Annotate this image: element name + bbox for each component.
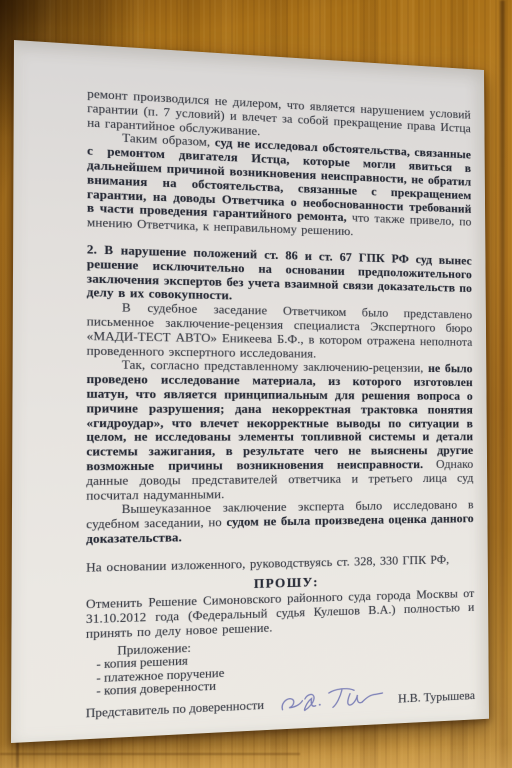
text-run: Отменить Решение Симоновского районного … <box>86 587 474 641</box>
paragraph: Таким образом, суд не исследовал обстоят… <box>87 130 472 243</box>
paragraph: 2. В нарушение положений ст. 86 и ст. 67… <box>87 243 472 309</box>
paper-document: ремонт производился не дилером, что явля… <box>11 40 489 743</box>
wood-seam-horizontal <box>0 753 300 755</box>
text-run: 2. В нарушение положений ст. 86 и ст. 67… <box>87 243 472 303</box>
wood-plank-groove <box>500 0 505 768</box>
wood-highlight-band <box>0 744 512 768</box>
signature-role-label: Представитель по доверенности <box>86 698 264 721</box>
document-body: ремонт производился не дилером, что явля… <box>86 87 474 575</box>
attachments-block: Приложение: - копия решения- платежное п… <box>86 632 475 699</box>
text-run: На основании изложенного, руководствуясь… <box>86 553 449 575</box>
paragraph: Вышеуказанное заключение эксперта было и… <box>86 498 474 546</box>
paragraph: В судебное заседание Ответчиком было пре… <box>87 300 473 362</box>
text-run: В судебное заседание Ответчиком было пре… <box>87 301 473 360</box>
paragraph: На основании изложенного, руководствуясь… <box>86 552 474 575</box>
text-run: суд не исследовал обстоятельства, связан… <box>87 136 472 224</box>
document-content: ремонт производился не дилером, что явля… <box>11 40 489 743</box>
text-run: ремонт производился не дилером, что явля… <box>87 87 471 138</box>
signatory-name: Н.В. Турышева <box>398 688 475 705</box>
text-run: не было проведено исследование материала… <box>86 362 473 473</box>
paragraph: Так, согласно представленному заключению… <box>86 358 473 503</box>
